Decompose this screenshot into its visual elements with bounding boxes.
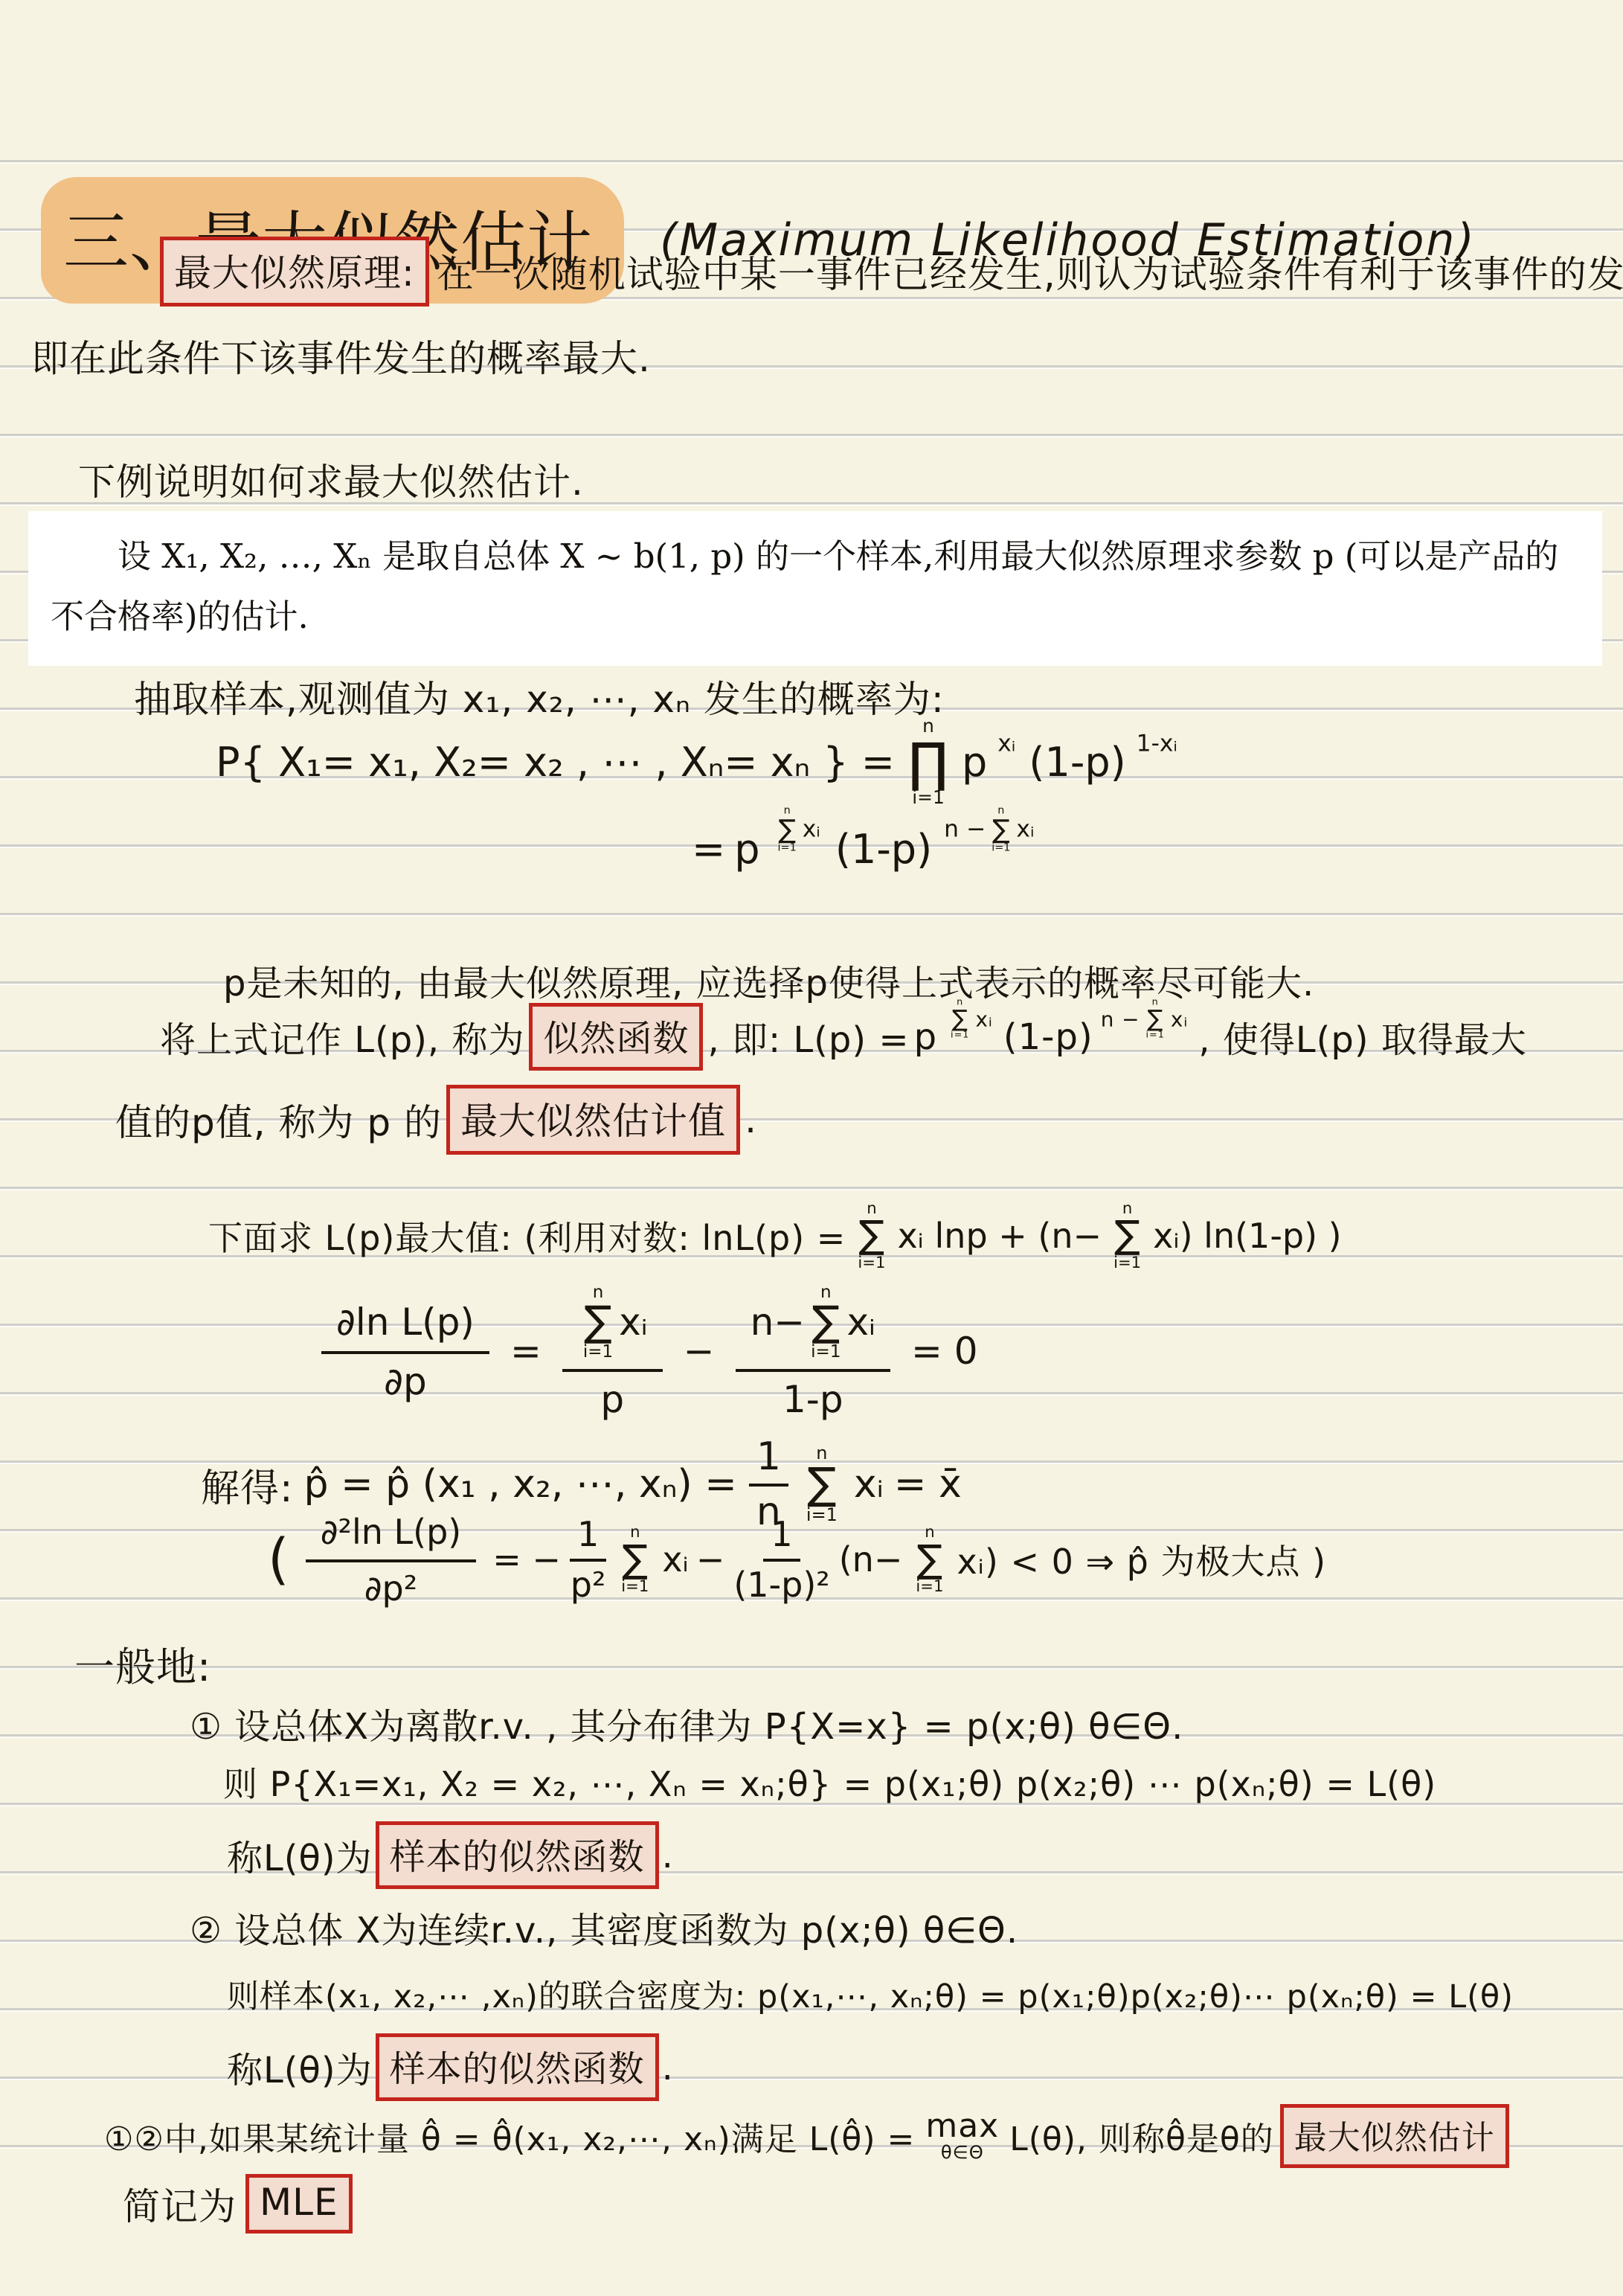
principle-line1: 最大似然原理: 在一次随机试验中某一事件已经发生,则认为试验条件有利于该事件的发… <box>160 237 1623 307</box>
general-heading: 一般地: <box>74 1635 211 1693</box>
second-derivative-line: ( ∂²ln L(p) ∂p² = − 1 p² n ∑ i=1 xᵢ − 1 … <box>268 1510 1326 1609</box>
sd-tail: xᵢ) < 0 ⇒ p̂ 为极大点 ) <box>957 1535 1326 1584</box>
sd-xi: xᵢ <box>662 1539 688 1580</box>
solve-xi: xᵢ <box>854 1462 884 1507</box>
principle-line2: 即在此条件下该事件发生的概率最大. <box>31 329 651 382</box>
n-minus-sum-fraction: n− n ∑ i=1 xᵢ 1-p <box>736 1281 890 1421</box>
sample-likelihood-term-box2: 样本的似然函数 <box>376 2033 659 2101</box>
likelihood-product-formula: P{ X₁= x₁, X₂= x₂ , ⋯ , Xₙ= xₙ } = n ∏ i… <box>216 716 1183 809</box>
called-period2: . <box>662 2047 674 2088</box>
general-item2-line1: ② 设总体 X为连续r.v., 其密度函数为 p(x;θ) θ∈Θ. <box>190 1902 1018 1953</box>
example-intro: 下例说明如何求最大似然估计. <box>78 452 584 506</box>
f1-base1: p <box>962 739 987 786</box>
remark2-mid: , 即: L(p) = <box>707 1011 909 1062</box>
sum-over-p-fraction: n ∑ i=1 xᵢ p <box>562 1281 663 1421</box>
d2lnL-dp2-fraction: ∂²ln L(p) ∂p² <box>306 1510 477 1609</box>
abbr-pre: 简记为 <box>123 2177 237 2231</box>
remark-mle-value: 值的p值, 称为 p 的 最大似然估计值 . <box>115 1085 757 1155</box>
general-item1-line1: ① 设总体X为离散r.v. , 其分布律为 P{X=x} = p(x;θ) θ∈… <box>190 1698 1183 1749</box>
likelihood-power-formula: = p n ∑ i=1 xᵢ (1-p) n − n ∑ i=1 xᵢ <box>692 824 1041 873</box>
remark-likelihood-def: 将上式记作 L(p), 称为 似然函数 , 即: L(p) = p n ∑ i=… <box>160 1003 1527 1071</box>
f1-base2: (1-p) <box>1029 739 1125 786</box>
deriv-tail: = 0 <box>911 1330 978 1373</box>
sum-symbol: n ∑ i=1 <box>1146 997 1165 1041</box>
max-operator: max θ∈Θ <box>925 2109 999 2163</box>
notebook-page: 三、最大似然估计 (Maximum Likelihood Estimation)… <box>0 0 1623 2296</box>
f2-eq: = <box>692 826 725 873</box>
solve-pre: 解得: <box>201 1457 294 1513</box>
remark3-period: . <box>745 1098 757 1141</box>
derivative-equation: ∂ln L(p) ∂p = n ∑ i=1 xᵢ p − n− n ∑ <box>312 1281 978 1421</box>
sum-symbol: n ∑ i=1 <box>916 1523 943 1596</box>
deriv-eq: = <box>510 1330 541 1373</box>
f2-base2: (1-p) <box>835 826 932 873</box>
sum-symbol: n ∑ i=1 <box>583 1283 613 1362</box>
deriv-minus: − <box>684 1330 715 1373</box>
called-pre2: 称L(θ)为 <box>227 2042 373 2093</box>
likelihood-term-box: 似然函数 <box>529 1003 703 1071</box>
mle-value-term-box: 最大似然估计值 <box>446 1085 740 1155</box>
product-symbol: n ∏ i=1 <box>908 716 948 809</box>
sample-likelihood-term-box: 样本的似然函数 <box>376 1821 659 1889</box>
solve-tail: = x̄ <box>894 1462 962 1507</box>
sum-symbol: n ∑ i=1 <box>992 804 1010 853</box>
conclusion-mid: L(θ), 则称θ̂是θ的 <box>1009 2112 1274 2160</box>
remark2-pre: 将上式记作 L(p), 称为 <box>160 1011 524 1062</box>
one-over-p2-fraction: 1 p² <box>570 1514 606 1605</box>
solve-eq: p̂ = p̂ (x₁ , x₂, ⋯, xₙ) = <box>304 1462 737 1507</box>
principle-term: 最大似然原理: <box>174 251 415 295</box>
sum-symbol: n ∑ i=1 <box>621 1523 649 1596</box>
log-likelihood-line: 下面求 L(p)最大值: (利用对数: lnL(p) = n ∑ i=1 xᵢ … <box>208 1199 1342 1272</box>
maximize-pre: 下面求 L(p)最大值: (利用对数: lnL(p) = <box>208 1211 846 1260</box>
principle-term-box: 最大似然原理: <box>160 237 429 307</box>
conclusion-line: ①②中,如果某统计量 θ̂ = θ̂(x₁, x₂,⋯, xₙ)满足 L(θ̂)… <box>104 2104 1509 2168</box>
problem-text: 设 X₁, X₂, …, Xₙ 是取自总体 X ~ b(1, p) 的一个样本,… <box>51 536 1558 636</box>
one-over-1mp2-fraction: 1 (1-p)² <box>733 1514 829 1605</box>
maximize-post: xᵢ) ln(1-p) ) <box>1153 1216 1341 1256</box>
mle-term-box: 最大似然估计 <box>1280 2104 1509 2168</box>
f1-lhs: P{ X₁= x₁, X₂= x₂ , ⋯ , Xₙ= xₙ } = <box>216 739 895 786</box>
sum-symbol: n ∑ i=1 <box>1113 1199 1141 1272</box>
sd-head: (n− <box>839 1539 903 1580</box>
f2-base1: p <box>734 826 759 873</box>
general-item2-line2: 则样本(x₁, x₂,⋯ ,xₙ)的联合密度为: p(x₁,⋯, xₙ;θ) =… <box>227 1972 1514 2017</box>
sum-symbol: n ∑ i=1 <box>811 1283 841 1362</box>
dlnL-dp-fraction: ∂ln L(p) ∂p <box>321 1299 489 1403</box>
inline-exp1: n ∑ i=1 xᵢ <box>945 997 993 1041</box>
inline-exp2: n − n ∑ i=1 xᵢ <box>1101 997 1189 1041</box>
general-item2-line3: 称L(θ)为 样本的似然函数 . <box>227 2033 674 2101</box>
sum-symbol: n ∑ i=1 <box>858 1199 885 1272</box>
remark3-pre: 值的p值, 称为 p 的 <box>115 1093 442 1147</box>
called-period: . <box>662 1835 674 1876</box>
mle-abbr-box: MLE <box>245 2174 353 2234</box>
principle-text1: 在一次随机试验中某一事件已经发生,则认为试验条件有利于该事件的发生, <box>437 245 1623 298</box>
printed-problem-box: 设 X₁, X₂, …, Xₙ 是取自总体 X ~ b(1, p) 的一个样本,… <box>28 511 1602 666</box>
sum-symbol: n ∑ i=1 <box>778 804 797 853</box>
f1-exp1: xᵢ <box>997 731 1015 757</box>
sum-symbol: n ∑ i=1 <box>951 997 969 1041</box>
maximize-mid: xᵢ lnp + (n− <box>897 1216 1102 1256</box>
f1-exp2: 1-xᵢ <box>1137 731 1177 757</box>
abbreviation-line: 简记为 MLE <box>123 2174 353 2234</box>
open-paren: ( <box>268 1528 289 1591</box>
f2-exp2: n − n ∑ i=1 xᵢ <box>944 804 1034 853</box>
general-item1-line3: 称L(θ)为 样本的似然函数 . <box>227 1821 674 1889</box>
inline-base1: p <box>914 1016 937 1058</box>
called-pre: 称L(θ)为 <box>227 1830 373 1881</box>
sd-eq: = − <box>492 1539 561 1580</box>
sd-minus: − <box>696 1539 725 1580</box>
general-item1-line2: 则 P{X₁=x₁, X₂ = x₂, ⋯, Xₙ = xₙ;θ} = p(x₁… <box>223 1757 1436 1806</box>
f2-exp1: n ∑ i=1 xᵢ <box>772 804 820 853</box>
inline-base2: (1-p) <box>1003 1016 1093 1058</box>
remark2-post: , 使得L(p) 取得最大 <box>1198 1011 1526 1062</box>
conclusion-pre: ①②中,如果某统计量 θ̂ = θ̂(x₁, x₂,⋯, xₙ)满足 L(θ̂)… <box>104 2112 915 2160</box>
